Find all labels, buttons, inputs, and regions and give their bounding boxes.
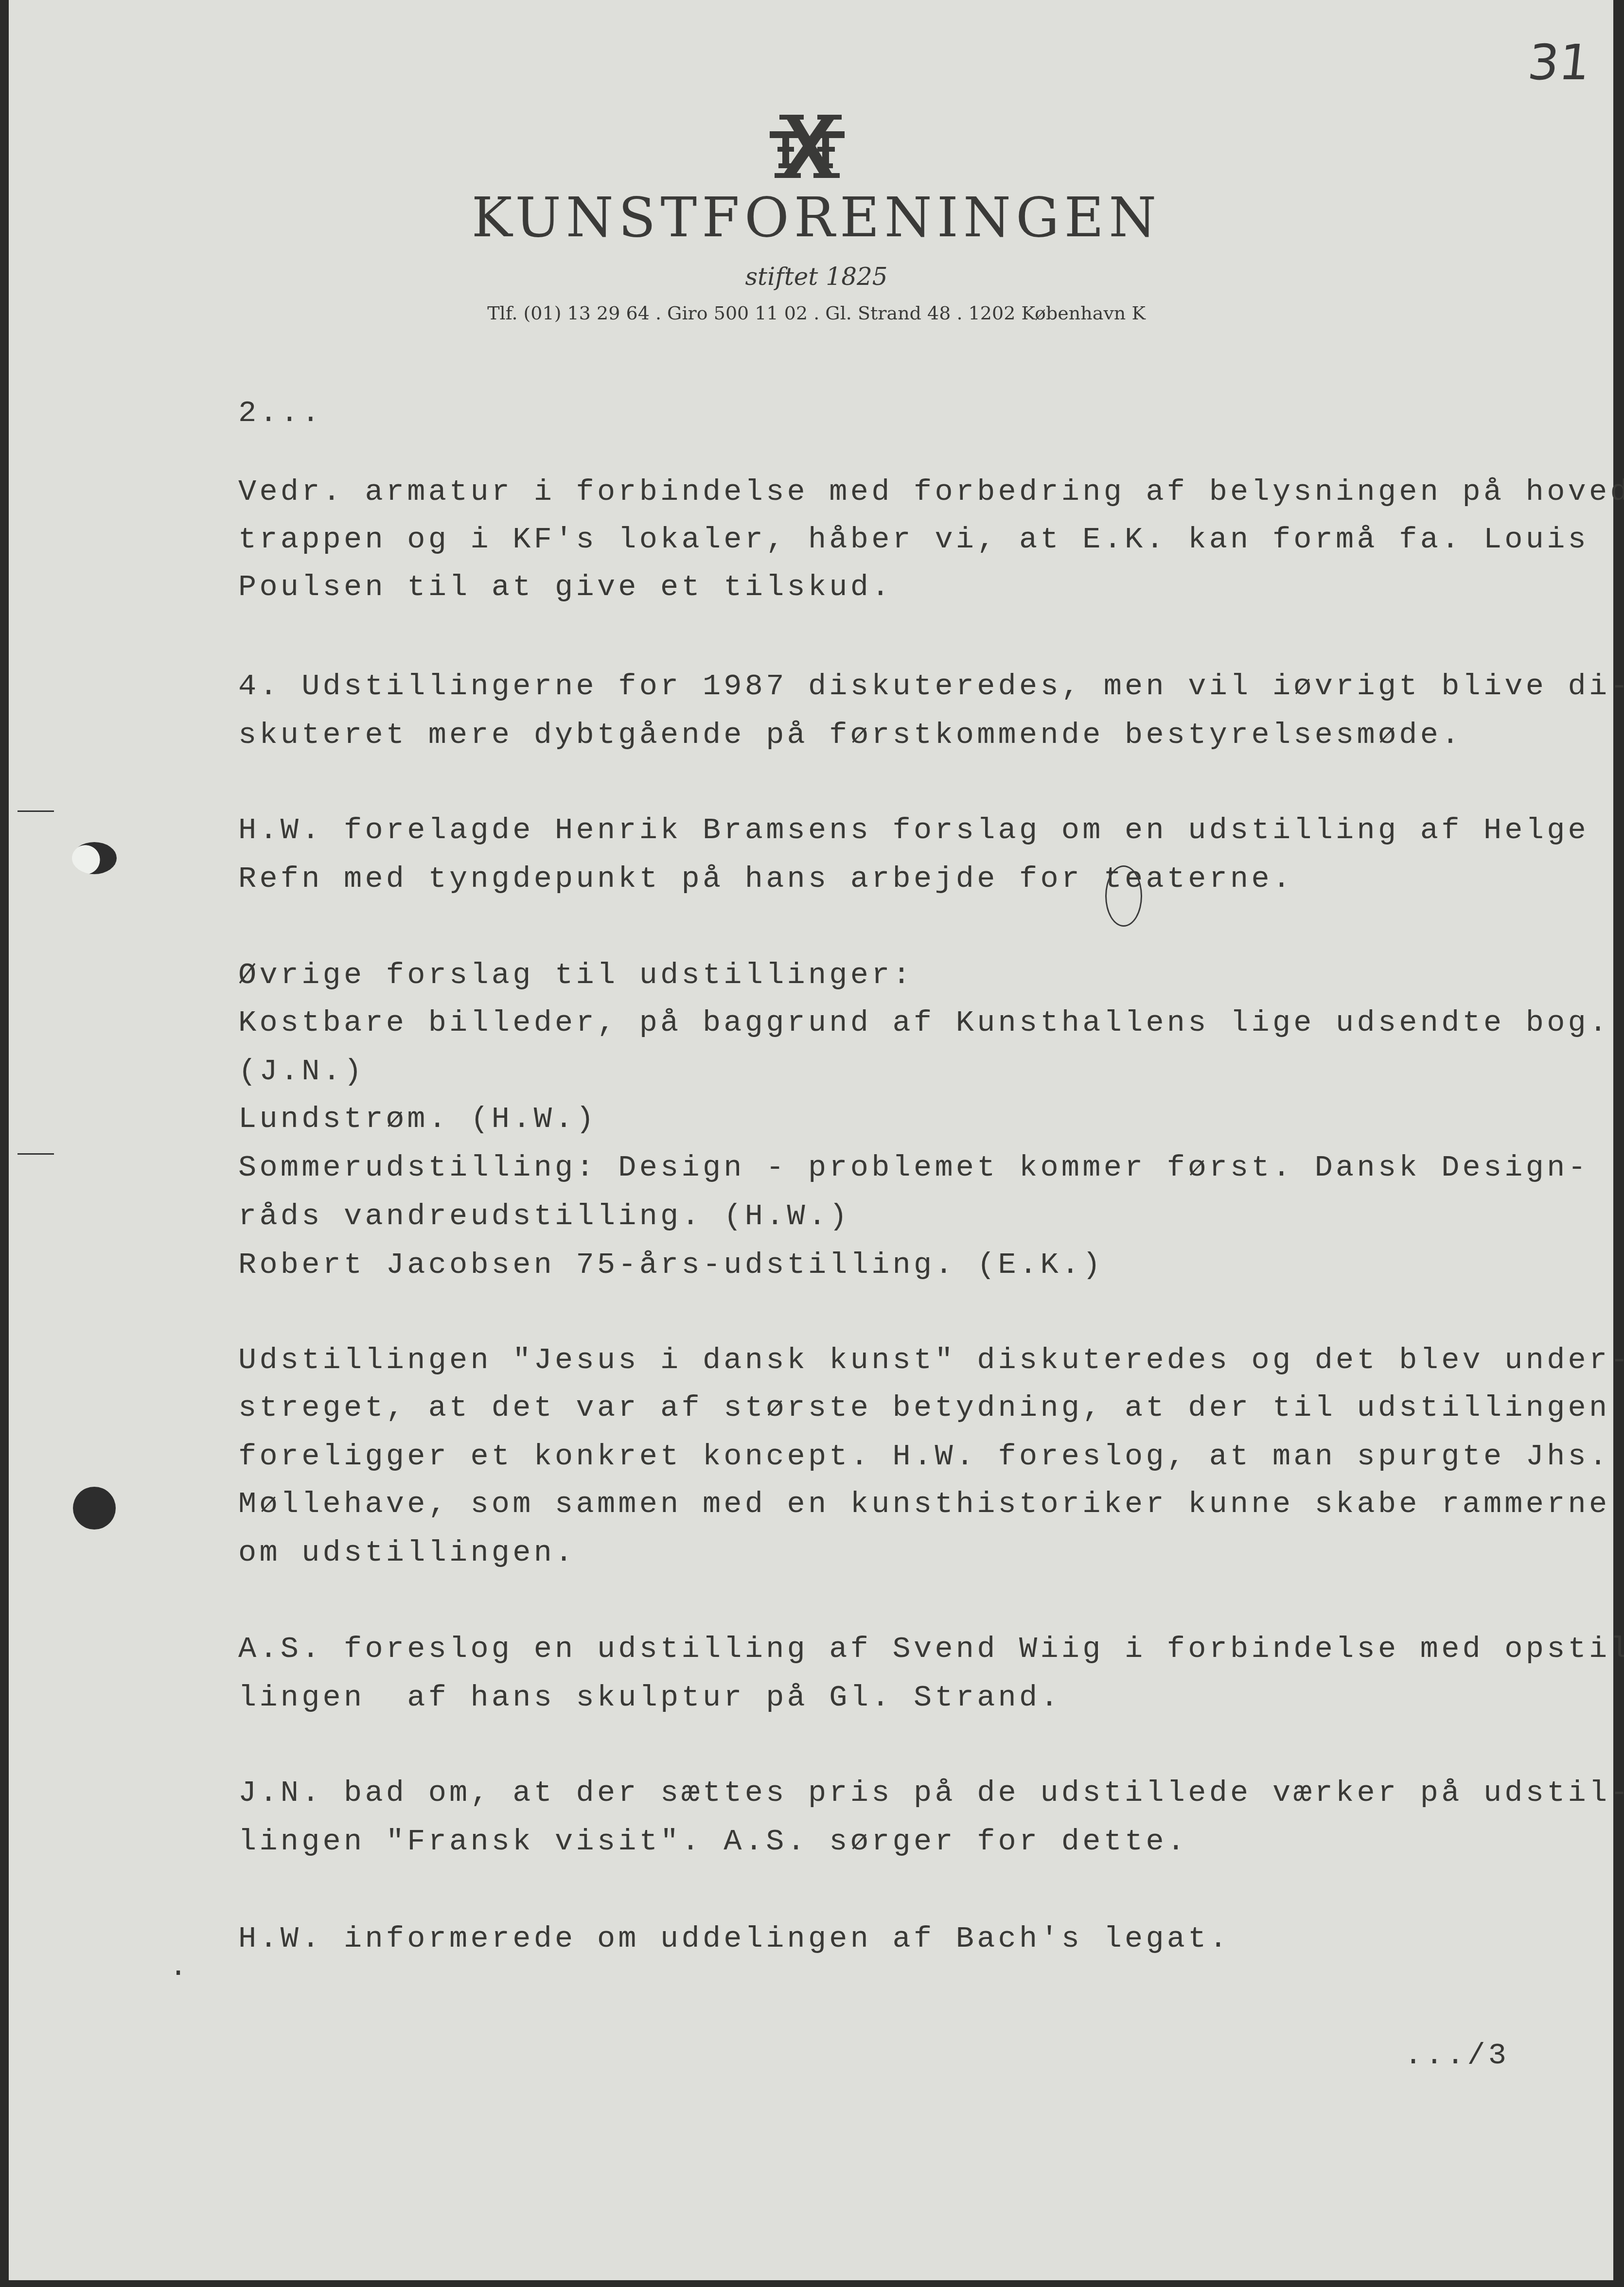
kf-monogram-logo-icon [760,113,852,181]
text-line: Poulsen til at give et tilskud. [238,563,893,612]
text-line: (J.N.) [238,1047,365,1096]
text-line: skuteret mere dybtgående på førstkommend… [238,711,1463,759]
handwritten-page-number: 31 [1525,34,1593,91]
page-marker: 2... [238,389,323,438]
margin-fold-mark [18,1153,54,1155]
text-line: om udstillingen. [238,1529,576,1577]
text-line: råds vandreudstilling. (H.W.) [238,1192,850,1241]
text-line: foreligger et konkret koncept. H.W. fore… [238,1432,1610,1481]
text-line: Øvrige forslag til udstillinger: [238,951,914,1000]
punch-hole [72,842,117,874]
stray-dot: . [169,1950,187,1984]
margin-fold-mark [18,810,54,812]
text-line: 4. Udstillingerne for 1987 diskuteredes,… [238,662,1624,711]
text-line: H.W. forelagde Henrik Bramsens forslag o… [238,806,1589,855]
text-line: A.S. foreslog en udstilling af Svend Wii… [238,1625,1624,1673]
text-line: Kostbare billeder, på baggrund af Kunsth… [238,999,1610,1047]
text-line: Lundstrøm. (H.W.) [238,1095,597,1143]
text-line: trappen og i KF's lokaler, håber vi, at … [238,515,1589,564]
text-line: Robert Jacobsen 75-års-udstilling. (E.K.… [238,1241,1104,1289]
text-line: streget, at det var af største betydning… [238,1384,1610,1432]
continuation-marker: .../3 [1404,2038,1509,2073]
text-line: H.W. informerede om uddelingen af Bach's… [238,1915,1230,1963]
document-page: KUNSTFORENINGEN stiftet 1825 Tlf. (01) 1… [9,0,1613,2280]
text-line: J.N. bad om, at der sættes pris på de ud… [238,1769,1624,1817]
organization-name: KUNSTFORENINGEN [9,191,1624,245]
handwritten-correction-mark [1105,865,1142,927]
text-line: Vedr. armatur i forbindelse med forbedri… [238,468,1624,516]
founded-year: stiftet 1825 [9,263,1624,291]
contact-address: Tlf. (01) 13 29 64 . Giro 500 11 02 . Gl… [9,302,1624,324]
text-line: Udstillingen "Jesus i dansk kunst" disku… [238,1336,1624,1385]
text-line: lingen "Fransk visit". A.S. sørger for d… [238,1817,1188,1866]
punch-hole [73,1487,116,1530]
text-line: Sommerudstilling: Design - problemet kom… [238,1143,1589,1192]
text-line: lingen af hans skulptur på Gl. Strand. [238,1673,1061,1722]
text-line: Møllehave, som sammen med en kunsthistor… [238,1480,1610,1529]
